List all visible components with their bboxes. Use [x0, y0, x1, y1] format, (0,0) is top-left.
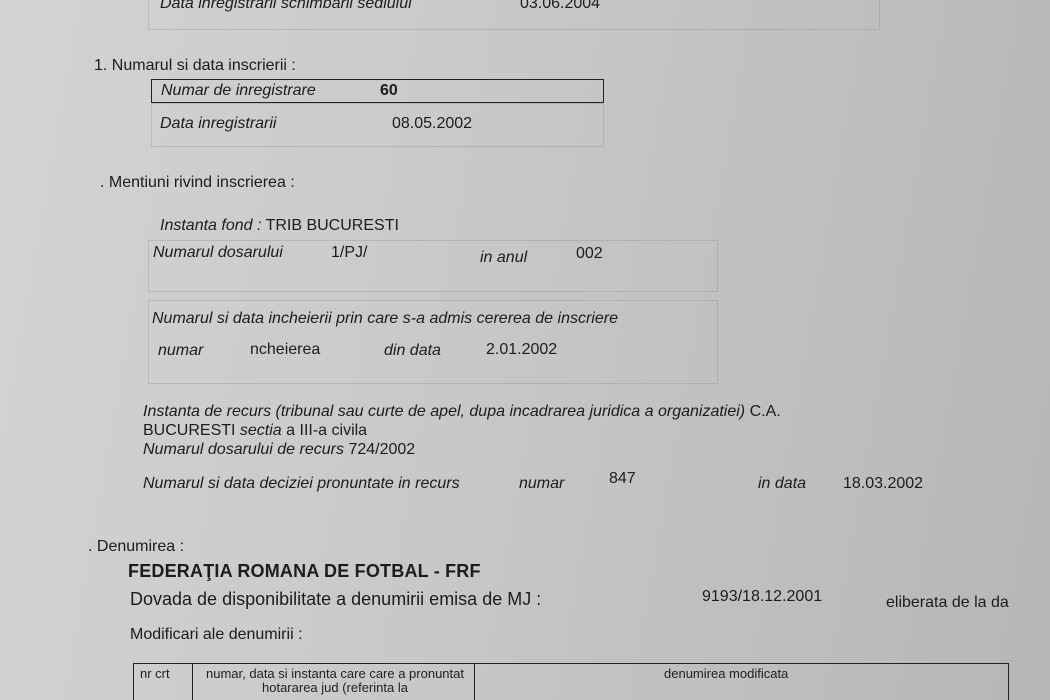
registration-date-box [151, 103, 604, 147]
incheiere-heading: Numarul si data incheierii prin care s-a… [152, 310, 618, 328]
dosar-recurs-line: Numarul dosarului de recurs 724/2002 [143, 441, 415, 459]
section3-title: . Denumirea : [88, 538, 184, 556]
table-header-nr-crt: nr crt [134, 664, 193, 700]
scanned-document-page: Data inregistrarii schimbarii sediului 0… [0, 0, 1050, 700]
dovada-label: Dovada de disponibilitate a denumirii em… [130, 589, 541, 609]
dosar-recurs-label: Numarul dosarului de recurs [143, 441, 344, 458]
instanta-fond-value: TRIB BUCURESTI [266, 217, 399, 234]
decizie-data-label: in data [758, 475, 806, 493]
recurs-sectia-value: a III-a civila [286, 422, 367, 439]
incheiere-numar-value: ncheierea [250, 341, 320, 359]
table-header-denumire-modificata: denumirea modificata [664, 667, 788, 681]
registration-number-label: Numar de inregistrare [161, 82, 316, 100]
dovada-value: 9193/18.12.2001 [702, 588, 822, 606]
decizie-data-value: 18.03.2002 [843, 475, 923, 493]
recurs-label: Instanta de recurs (tribunal sau curte d… [143, 403, 781, 421]
recurs-label-text: Instanta de recurs (tribunal sau curte d… [143, 403, 745, 420]
decizie-numar-value: 847 [609, 470, 636, 488]
decizie-numar-label: numar [519, 475, 564, 493]
eliberata-label: eliberata de la da [886, 594, 1009, 612]
dosar-recurs-value: 724/2002 [348, 441, 415, 458]
decizie-label: Numarul si data deciziei pronuntate in r… [143, 475, 460, 493]
recurs-value-city: BUCURESTI [143, 422, 235, 439]
organization-name: FEDERAŢIA ROMANA DE FOTBAL - FRF [128, 561, 481, 581]
table-header-hotarare: numar, data si instanta care care a pron… [194, 664, 475, 700]
section2-title: . Mentiuni rivind inscrierea : [100, 174, 295, 192]
instanta-fond-line: Instanta fond : TRIB BUCURESTI [160, 217, 399, 235]
incheiere-numar-label: numar [158, 342, 203, 360]
table-header-nr-crt-text: nr crt [140, 667, 170, 681]
table-header-hotarare-text: numar, data si instanta care care a pron… [202, 667, 468, 695]
registration-number-value: 60 [380, 82, 398, 100]
header-field-box [148, 0, 880, 30]
din-data-value: 2.01.2002 [486, 341, 557, 359]
recurs-sectia-label: sectia [240, 422, 282, 439]
denumire-modificari-table: nr crt numar, data si instanta care care… [133, 663, 1009, 700]
recurs-value-line: BUCURESTI sectia a III-a civila [143, 422, 367, 440]
section1-title: 1. Numarul si data inscrierii : [94, 57, 296, 75]
dosar-value: 1/PJ/ [331, 244, 367, 262]
in-anul-value: 002 [576, 245, 603, 263]
instanta-fond-label: Instanta fond : [160, 217, 261, 234]
in-anul-label: in anul [480, 249, 527, 267]
dosar-label: Numarul dosarului [153, 244, 283, 262]
recurs-value-ca: C.A. [750, 403, 781, 420]
din-data-label: din data [384, 342, 441, 360]
modificari-label: Modificari ale denumirii : [130, 626, 303, 644]
